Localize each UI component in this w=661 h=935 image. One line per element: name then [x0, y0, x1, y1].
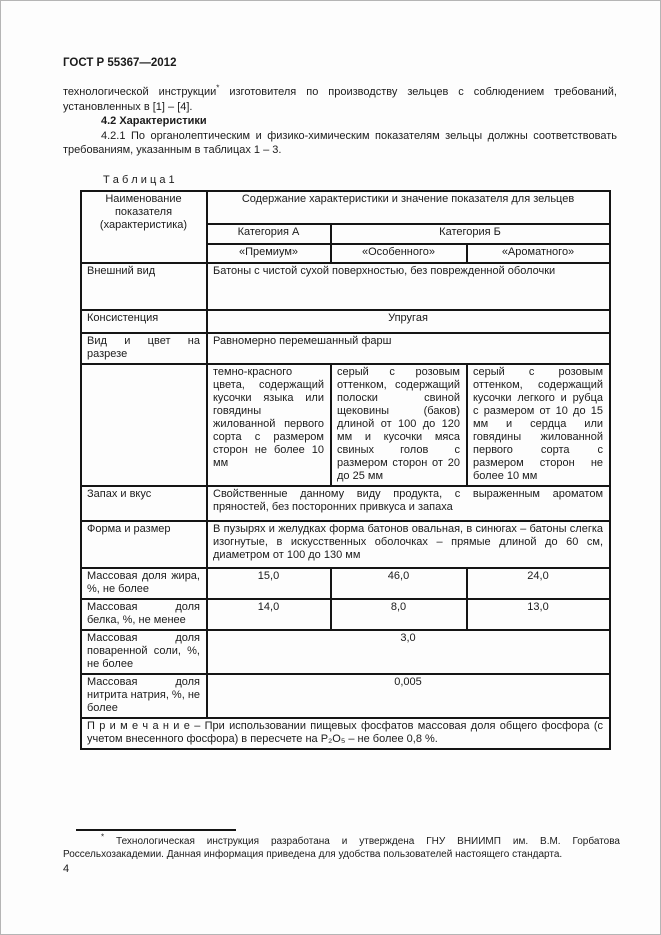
table-header-row-1: Наименование показателя (характеристика)…	[81, 191, 610, 224]
protein-premium: 14,0	[207, 599, 331, 630]
row-label: Массовая доля нитрита натрия, %, не боле…	[81, 674, 207, 718]
fat-aromatnogo: 24,0	[467, 568, 610, 599]
row-label: Внешний вид	[81, 263, 207, 310]
table-caption: Т а б л и ц а 1	[103, 174, 617, 187]
cut-detail-aromatnogo: серый с розовым оттенком, содержащий кус…	[467, 364, 610, 486]
row-label: Консистенция	[81, 310, 207, 333]
doc-number: ГОСТ Р 55367—2012	[63, 57, 617, 69]
table-row-cut-details: темно-красного цвета, содержащий кусочки…	[81, 364, 610, 486]
row-value: В пузырях и желудках форма батонов оваль…	[207, 521, 610, 568]
intro-paragraph-1-text: технологической инструкции	[63, 86, 216, 98]
fat-premium: 15,0	[207, 568, 331, 599]
table-note: П р и м е ч а н и е – При использовании …	[81, 718, 610, 749]
row-label: Форма и размер	[81, 521, 207, 568]
row-value: Свойственные данному виду продукта, с вы…	[207, 486, 610, 521]
row-value: Равномерно перемешанный фарш	[207, 333, 610, 364]
row-label-empty	[81, 364, 207, 486]
footnote-block: * Технологическая инструкция разработана…	[63, 829, 620, 876]
table-row-nitrite: Массовая доля нитрита натрия, %, не боле…	[81, 674, 610, 718]
row-value: 3,0	[207, 630, 610, 674]
footnote-rule	[76, 829, 236, 831]
table-row-smell-taste: Запах и вкус Свойственные данному виду п…	[81, 486, 610, 521]
section-heading-4-2: 4.2 Характеристики	[101, 114, 617, 129]
header-category-a: Категория А	[207, 224, 331, 244]
table-row-form-size: Форма и размер В пузырях и желудках форм…	[81, 521, 610, 568]
table-row-protein: Массовая доля белка, %, не менее 14,0 8,…	[81, 599, 610, 630]
cut-detail-premium: темно-красного цвета, содержащий кусочки…	[207, 364, 331, 486]
header-name-col: Наименование показателя (характеристика)	[81, 191, 207, 263]
footnote: * Технологическая инструкция разработана…	[63, 835, 620, 861]
row-label: Запах и вкус	[81, 486, 207, 521]
header-category-b: Категория Б	[331, 224, 610, 244]
row-label: Массовая доля белка, %, не менее	[81, 599, 207, 630]
row-value: Батоны с чистой сухой поверхностью, без …	[207, 263, 610, 310]
row-value: 0,005	[207, 674, 610, 718]
table-1: Наименование показателя (характеристика)…	[80, 190, 611, 750]
row-label: Массовая доля жира, %, не более	[81, 568, 207, 599]
footnote-text: Технологическая инструкция разработана и…	[63, 836, 620, 860]
row-label: Массовая доля поваренной соли, %, не бол…	[81, 630, 207, 674]
header-content-span: Содержание характеристики и значение пок…	[207, 191, 610, 224]
page-number: 4	[63, 863, 620, 876]
table-row-fat: Массовая доля жира, %, не более 15,0 46,…	[81, 568, 610, 599]
header-sub-osobennogo: «Особенного»	[331, 244, 467, 263]
header-sub-aromatnogo: «Ароматного»	[467, 244, 610, 263]
protein-osobennogo: 8,0	[331, 599, 467, 630]
protein-aromatnogo: 13,0	[467, 599, 610, 630]
cut-detail-osobennogo: серый с розовым оттенком, содержащий пол…	[331, 364, 467, 486]
table-row-note: П р и м е ч а н и е – При использовании …	[81, 718, 610, 749]
note-label: П р и м е ч а н и е	[87, 720, 190, 732]
header-sub-premium: «Премиум»	[207, 244, 331, 263]
fat-osobennogo: 46,0	[331, 568, 467, 599]
row-value: Упругая	[207, 310, 610, 333]
intro-paragraph-1: технологической инструкции* изготовителя…	[63, 85, 617, 114]
table-row-consistency: Консистенция Упругая	[81, 310, 610, 333]
table-row-salt: Массовая доля поваренной соли, %, не бол…	[81, 630, 610, 674]
row-label: Вид и цвет на разрезе	[81, 333, 207, 364]
table-row-cut-view: Вид и цвет на разрезе Равномерно перемеш…	[81, 333, 610, 364]
document-page: ГОСТ Р 55367—2012 технологической инстру…	[0, 0, 661, 935]
table-row-appearance: Внешний вид Батоны с чистой сухой поверх…	[81, 263, 610, 310]
intro-paragraph-2: 4.2.1 По органолептическим и физико-хими…	[63, 129, 617, 158]
